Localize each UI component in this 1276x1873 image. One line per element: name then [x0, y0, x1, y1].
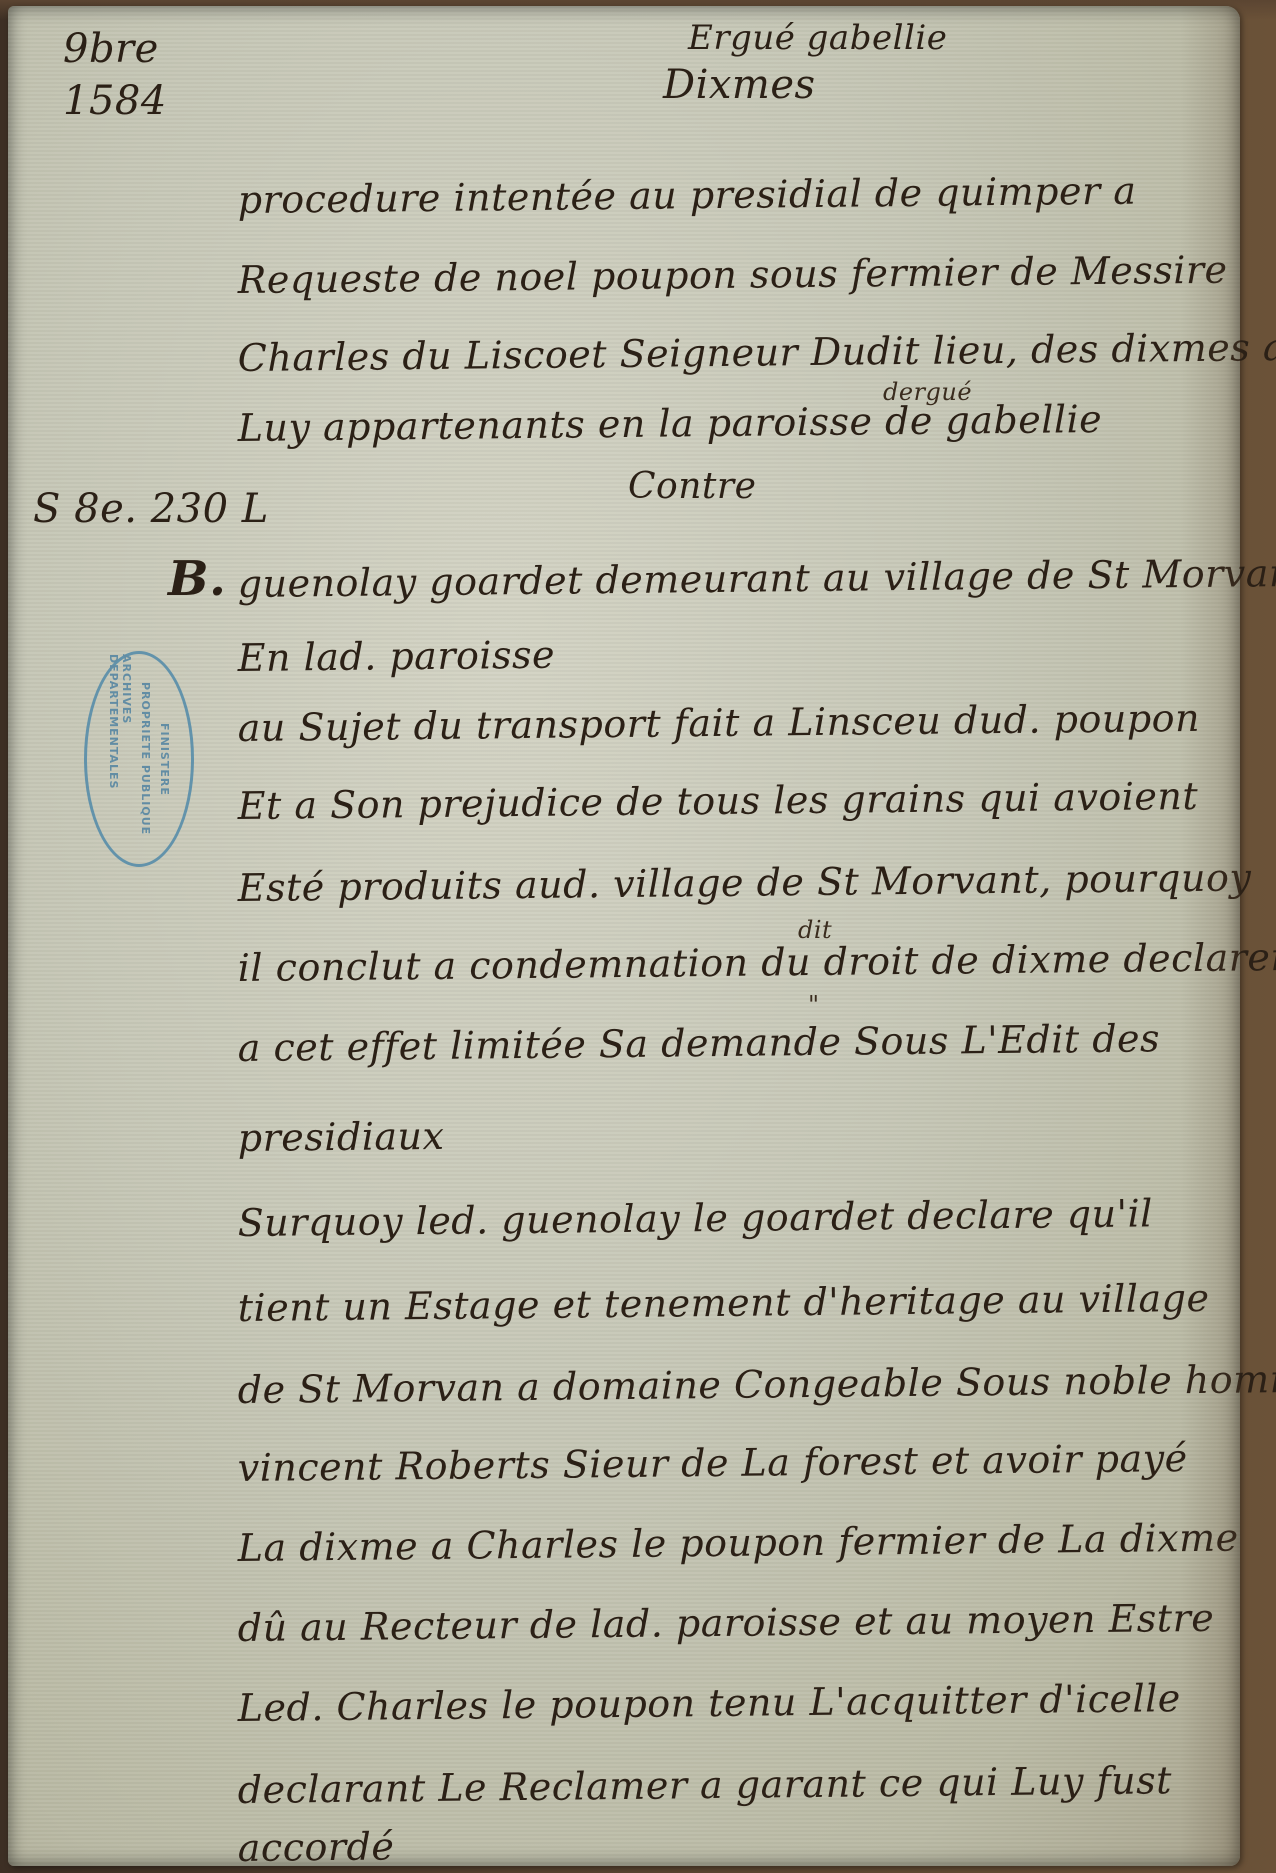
body-line-10: il conclut a condemnation du droit de di… [238, 935, 1276, 990]
body-line-7: au Sujet du transport fait a Linsceu dud… [238, 696, 1201, 750]
stamp-line-2: PROPRIETE PUBLIQUE [139, 682, 152, 835]
body-line-5: guenolay goardet demeurant au village de… [238, 551, 1276, 606]
margin-date-year: 1584 [63, 78, 167, 124]
manuscript-page: 9bre 1584 Ergué gabellie Dixmes procedur… [8, 6, 1240, 1866]
contre-heading: Contre [628, 466, 756, 507]
body-line-14: tient un Estage et tenement d'heritage a… [238, 1276, 1210, 1330]
body-line-3: Charles du Liscoet Seigneur Dudit lieu, … [238, 325, 1276, 380]
header-subject: Dixmes [663, 62, 816, 108]
body-line-20: declarant Le Reclamer a garant ce qui Lu… [238, 1758, 1173, 1812]
margin-reference: S 8e. 230 L [33, 486, 269, 532]
body-line-4: Luy appartenants en la paroisse de gabel… [238, 397, 1103, 450]
body-line-13: Surquoy led. guenolay le goardet declare… [238, 1191, 1154, 1245]
body-line-2: Requeste de noel poupon sous fermier de … [238, 248, 1228, 302]
body-line-19: Led. Charles le poupon tenu L'acquitter … [238, 1676, 1181, 1730]
archive-stamp: ARCHIVES DEPARTEMENTALES PROPRIETE PUBLI… [84, 651, 194, 867]
body-line-1: procedure intentée au presidial de quimp… [238, 169, 1137, 222]
header-place: Ergué gabellie [688, 18, 947, 58]
stamp-line-1: ARCHIVES DEPARTEMENTALES [107, 654, 133, 864]
margin-initial: B. [168, 551, 226, 607]
interlinear-ditto: " [808, 991, 820, 1019]
body-line-21: accordé [238, 1824, 395, 1870]
body-line-15: de St Morvan a domaine Congeable Sous no… [238, 1357, 1276, 1412]
body-line-9: Esté produits aud. village de St Morvant… [238, 855, 1252, 910]
stamp-line-3: FINISTERE [158, 723, 171, 796]
body-line-11: a cet effet limitée Sa demande Sous L'Ed… [238, 1016, 1161, 1070]
body-line-6: En lad. paroisse [238, 633, 556, 680]
body-line-8: Et a Son prejudice de tous les grains qu… [238, 774, 1199, 828]
margin-date-month: 9bre [63, 26, 159, 72]
body-line-17: La dixme a Charles le poupon fermier de … [238, 1516, 1239, 1570]
body-line-18: dû au Recteur de lad. paroisse et au moy… [238, 1596, 1215, 1650]
body-line-12: presidiaux [238, 1114, 445, 1160]
body-line-16: vincent Roberts Sieur de La forest et av… [238, 1436, 1188, 1490]
